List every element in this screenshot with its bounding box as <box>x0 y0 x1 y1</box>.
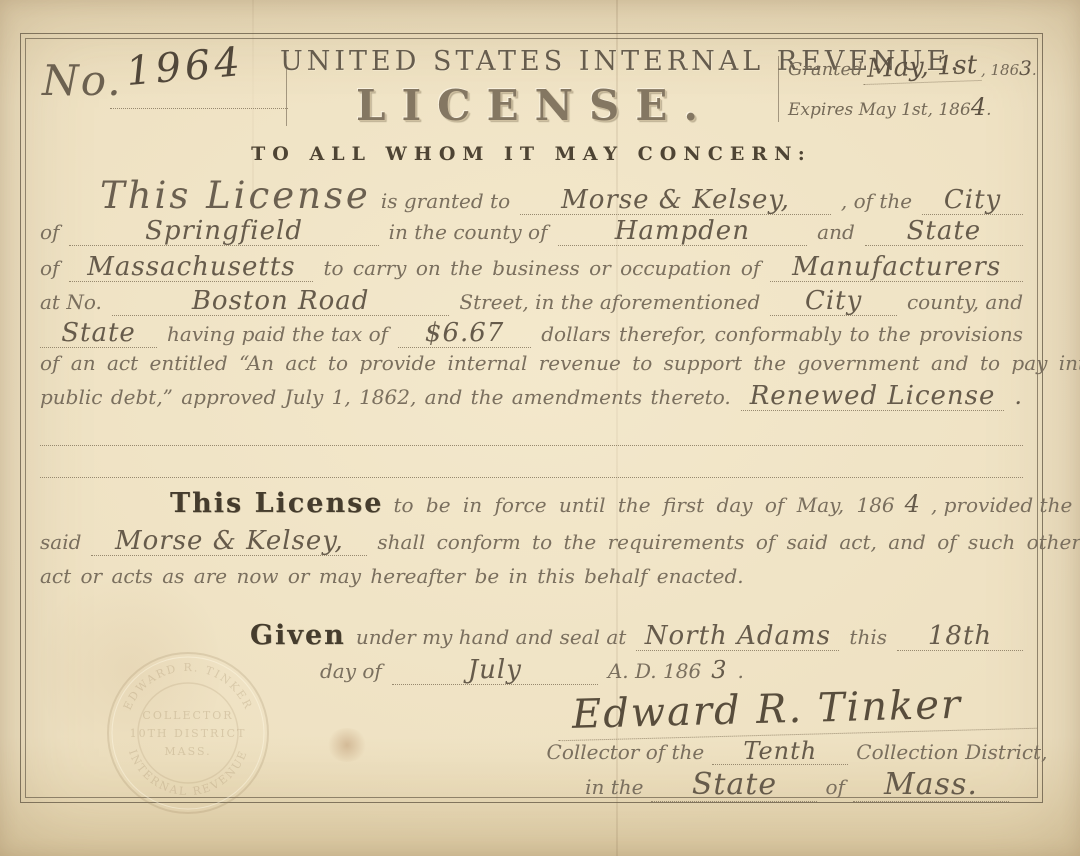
state-value-fill: Mass. <box>853 769 1009 802</box>
handwritten-text: . <box>1014 382 1023 410</box>
grant-block: Granted May, 1st , 186 3 . Expires May 1… <box>788 52 1034 121</box>
expires-row: Expires May 1st, 186 4 . <box>788 93 1034 121</box>
body-line: This Licenseis granted toMorse & Kelsey,… <box>40 174 1023 218</box>
handwritten-fill: 18th <box>897 623 1023 651</box>
printed-text: to be in force until the first day of Ma… <box>393 493 894 517</box>
grant-paragraph: This Licenseis granted toMorse & Kelsey,… <box>40 174 1023 486</box>
signature-name: Edward R. Tinker <box>557 680 1036 741</box>
handwritten-fill: Hampden <box>558 218 808 246</box>
document-number-value: 1964 <box>124 39 245 95</box>
district-fill: Tenth <box>712 739 848 765</box>
printed-text: , provided the <box>931 493 1072 517</box>
body-line: act or acts as are now or may hereafter … <box>40 564 1023 598</box>
granted-year-printed: , 186 <box>981 61 1019 79</box>
handwritten-fill: City <box>922 187 1023 215</box>
body-line: public debt,” approved July 1, 1862, and… <box>40 382 1023 412</box>
printed-text: . <box>737 659 743 683</box>
document-title: UNITED STATES INTERNAL REVENUE. <box>280 46 790 77</box>
expires-printed: Expires May 1st, 186 <box>788 100 971 120</box>
blank-dotted-rule <box>40 444 1023 446</box>
body-line: This Licenseto be in force until the fir… <box>40 488 1023 528</box>
handwritten-text: 3 <box>711 656 727 684</box>
printed-text: and <box>817 220 855 244</box>
printed-text: under my hand and seal at <box>356 625 627 649</box>
body-line: of an act entitled “An act to provide in… <box>40 351 1023 382</box>
handwritten-fill: State <box>865 218 1023 246</box>
header-divider-right <box>778 56 779 122</box>
printed-text: said <box>40 530 81 554</box>
state-prefix: in the <box>585 775 643 799</box>
handwritten-fill: Morse & Kelsey, <box>91 528 367 556</box>
printed-text: of <box>40 256 59 280</box>
blackletter-lead-text: Given <box>250 620 346 651</box>
document-content: No. 1964 UNITED STATES INTERNAL REVENUE.… <box>30 42 1033 794</box>
printed-text: act or acts as are now or may hereafter … <box>40 564 744 588</box>
handwritten-fill: Manufacturers <box>770 254 1023 282</box>
state-fill: State <box>651 769 817 802</box>
role-prefix: Collector of the <box>547 740 705 764</box>
handwritten-fill: City <box>770 288 897 316</box>
printed-text: county, and <box>907 290 1023 314</box>
of-word: of <box>825 775 844 799</box>
salutation: TO ALL WHOM IT MAY CONCERN: <box>30 143 1033 165</box>
handwritten-fill: Massachusetts <box>69 254 313 282</box>
handwritten-fill: Renewed License <box>741 383 1005 411</box>
given-clause: Givenunder my hand and seal atNorth Adam… <box>40 620 1023 690</box>
handwritten-fill: Springfield <box>69 218 378 246</box>
printed-text: to carry on the business or occupation o… <box>323 256 760 280</box>
printed-text: shall conform to the requirements of sai… <box>377 530 1080 554</box>
printed-text: , of the <box>841 189 912 213</box>
handwritten-fill: State <box>40 320 157 348</box>
printed-text: A. D. 186 <box>608 659 701 683</box>
document-number-rule <box>110 108 288 109</box>
blank-dotted-rule <box>40 476 1023 478</box>
body-line: at No.Boston RoadStreet, in the aforemen… <box>40 288 1023 320</box>
body-line: saidMorse & Kelsey,shall conform to the … <box>40 528 1023 564</box>
blackletter-lead-text: This License <box>170 488 383 519</box>
printed-text: day of <box>320 659 382 683</box>
body-line: Statehaving paid the tax of$6.67dollars … <box>40 320 1023 351</box>
handwritten-fill: Boston Road <box>112 288 450 316</box>
expires-year-written: 4 <box>971 93 986 121</box>
printed-text: of <box>40 220 59 244</box>
document-number-label: No. <box>42 56 123 105</box>
handwritten-fill: July <box>392 657 598 685</box>
body-line: ofSpringfieldin the county ofHampdenandS… <box>40 218 1023 254</box>
printed-text: of an act entitled “An act to provide in… <box>40 351 1023 375</box>
printed-text: dollars therefor, conformably to the pro… <box>541 322 1023 346</box>
granted-period: . <box>1032 61 1037 79</box>
handwritten-text: 4 <box>905 490 921 518</box>
printed-text: at No. <box>40 290 102 314</box>
granted-year-written: 3 <box>1019 56 1032 80</box>
body-line <box>40 412 1023 454</box>
printed-text: public debt,” approved July 1, 1862, and… <box>40 385 731 409</box>
printed-text: this <box>849 625 887 649</box>
handwritten-fill: Morse & Kelsey, <box>520 187 831 215</box>
document-subtitle: LICENSE. <box>280 81 790 130</box>
force-clause-paragraph: This Licenseto be in force until the fir… <box>40 488 1023 598</box>
signature-state-line: in the State of Mass. <box>558 769 1036 802</box>
handwritten-fill: $6.67 <box>398 320 531 348</box>
printed-text: Street, in the aforementioned <box>459 290 760 314</box>
signature-block: Edward R. Tinker Collector of the Tenth … <box>558 686 1036 802</box>
printed-text: is granted to <box>381 189 510 213</box>
granted-label: Granted <box>788 59 863 80</box>
signature-role-line: Collector of the Tenth Collection Distri… <box>558 739 1036 765</box>
printed-text: in the county of <box>389 220 548 244</box>
body-line: ofMassachusettsto carry on the business … <box>40 254 1023 288</box>
body-line <box>40 454 1023 486</box>
printed-text: having paid the tax of <box>167 322 388 346</box>
granted-row: Granted May, 1st , 186 3 . <box>788 52 1034 83</box>
granted-date-fill: May, 1st <box>862 50 981 85</box>
handwritten-fill: North Adams <box>636 623 839 651</box>
expires-period: . <box>986 100 991 120</box>
scanned-license-document: { "page": {"paper_color": "#eee1c2", "in… <box>0 0 1080 856</box>
body-line: Givenunder my hand and seal atNorth Adam… <box>40 620 1023 656</box>
role-suffix: Collection District, <box>856 740 1047 764</box>
script-lead-text: This License <box>100 174 371 217</box>
